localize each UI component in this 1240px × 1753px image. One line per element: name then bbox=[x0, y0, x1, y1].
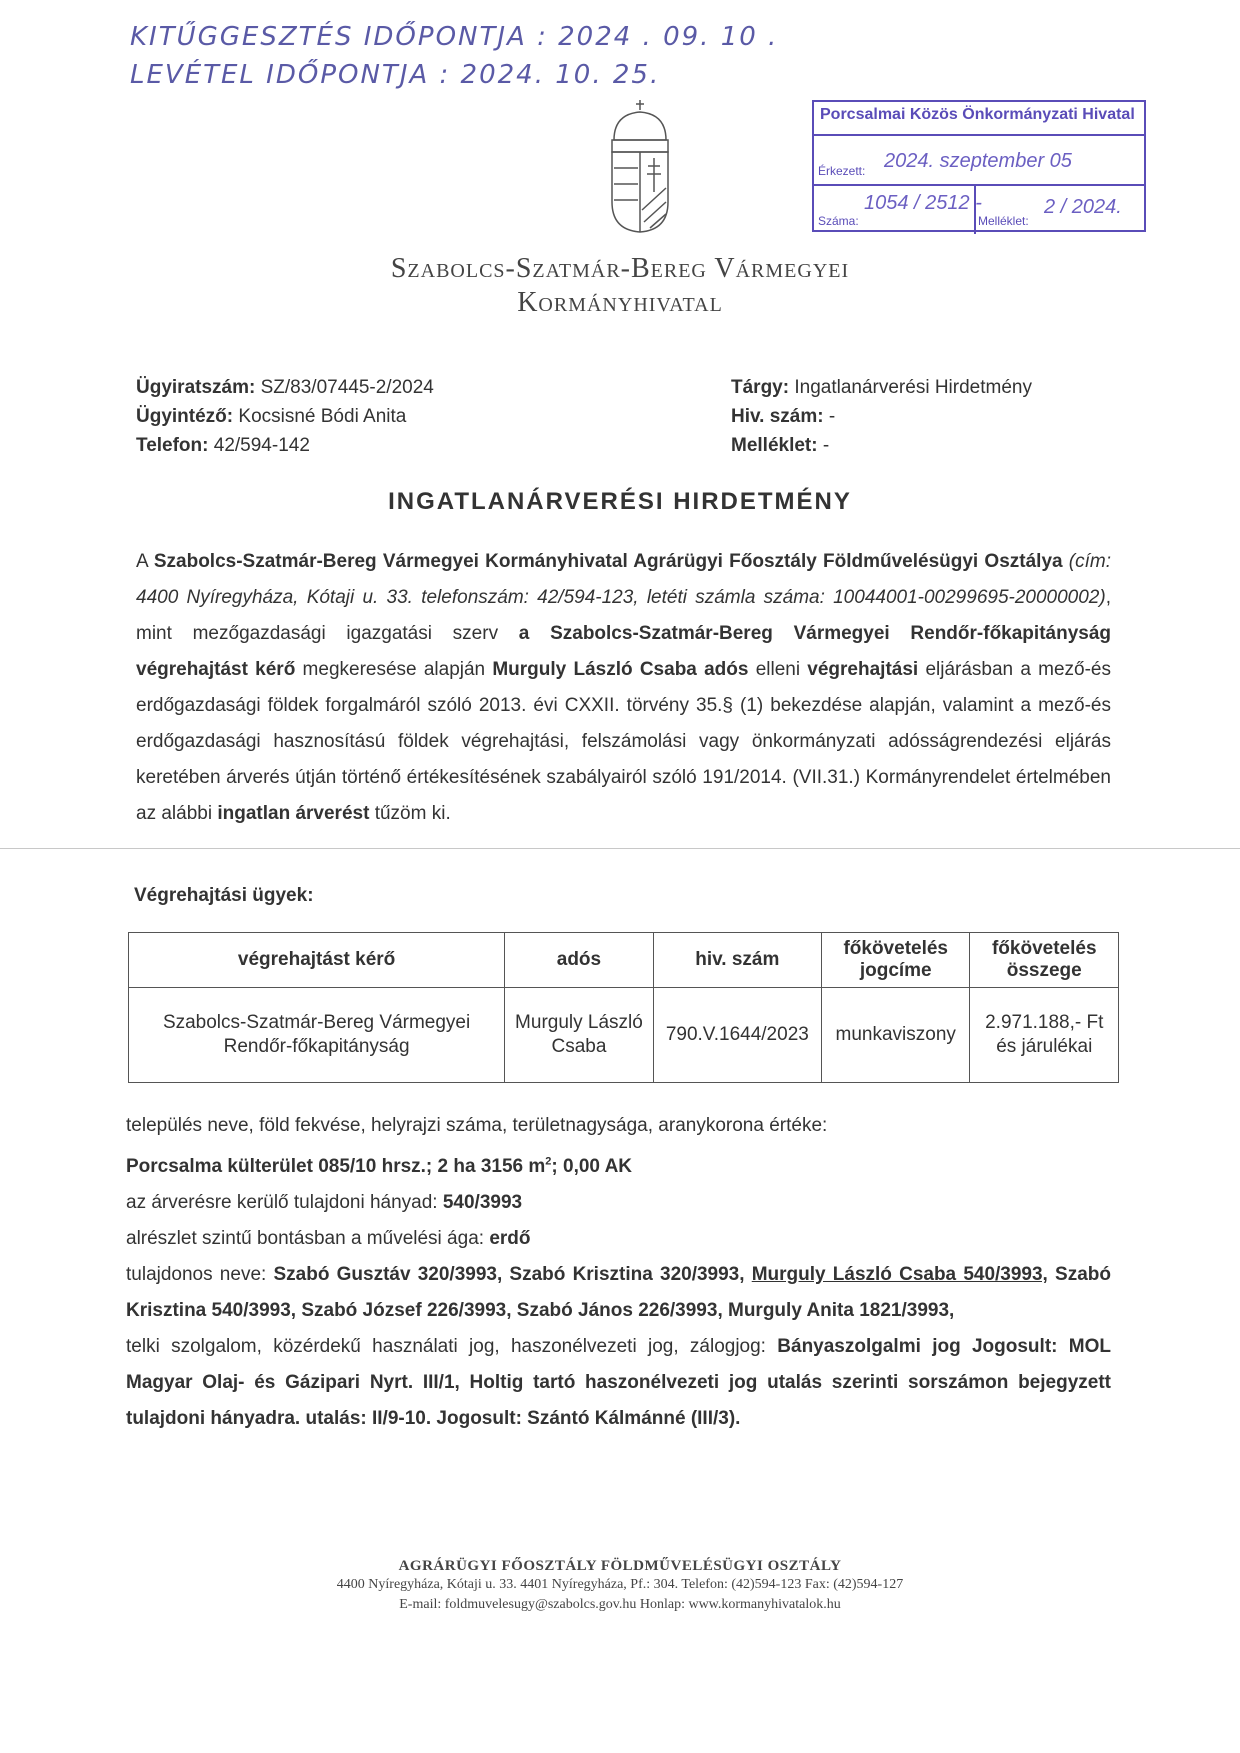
case-number: SZ/83/07445-2/2024 bbox=[261, 377, 434, 398]
case-subject: Ingatlanárverési Hirdetmény bbox=[794, 377, 1032, 398]
notice-body: A Szabolcs-Szatmár-Bereg Vármegyei Kormá… bbox=[136, 544, 1111, 832]
table-cell: Szabolcs-Szatmár-Bereg Vármegyei Rendőr-… bbox=[129, 988, 505, 1083]
table-cell: 790.V.1644/2023 bbox=[653, 988, 821, 1083]
stamp-number-value: 1054 / 2512 - bbox=[864, 192, 982, 215]
footer: AGRÁRÜGYI FŐOSZTÁLY FÖLDMŰVELÉSÜGYI OSZT… bbox=[0, 1558, 1240, 1615]
case-phone: 42/594-142 bbox=[214, 435, 310, 456]
handwritten-posting-date: KITŰGGESZTÉS IDŐPONTJA : 2024 . 09. 10 . bbox=[130, 22, 778, 52]
column-header: főkövetelés összege bbox=[970, 933, 1119, 988]
case-attachment: - bbox=[823, 435, 829, 456]
cases-heading: Végrehajtási ügyek: bbox=[134, 885, 314, 907]
stamp-received-value: 2024. szeptember 05 bbox=[884, 150, 1072, 173]
property-share: az árverésre kerülő tulajdoni hányad: 54… bbox=[126, 1185, 1111, 1221]
case-handler: Kocsisné Bódi Anita bbox=[238, 406, 406, 427]
case-meta-left: Ügyiratszám: SZ/83/07445-2/2024 Ügyintéz… bbox=[136, 373, 434, 460]
property-parcel: Porcsalma külterület 085/10 hrsz.; 2 ha … bbox=[126, 1144, 1111, 1185]
column-header: hiv. szám bbox=[653, 933, 821, 988]
document-title: INGATLANÁRVERÉSI HIRDETMÉNY bbox=[0, 488, 1240, 516]
footer-address: 4400 Nyíregyháza, Kótaji u. 33. 4401 Nyí… bbox=[0, 1575, 1240, 1595]
column-header: végrehajtást kérő bbox=[129, 933, 505, 988]
property-rights: telki szolgalom, közérdekű használati jo… bbox=[126, 1329, 1111, 1437]
column-header: adós bbox=[505, 933, 654, 988]
footer-department: AGRÁRÜGYI FŐOSZTÁLY FÖLDMŰVELÉSÜGYI OSZT… bbox=[0, 1558, 1240, 1575]
case-meta-right: Tárgy: Ingatlanárverési Hirdetmény Hiv. … bbox=[731, 373, 1032, 460]
property-intro: település neve, föld fekvése, helyrajzi … bbox=[126, 1108, 1111, 1144]
agency-line-2: Kormányhivatal bbox=[0, 286, 1240, 320]
registration-stamp: Porcsalmai Közös Önkormányzati Hivatal É… bbox=[812, 100, 1146, 232]
stamp-received-label: Érkezett: bbox=[818, 164, 865, 178]
property-owners: tulajdonos neve: Szabó Gusztáv 320/3993,… bbox=[126, 1257, 1111, 1329]
footer-contact: E-mail: foldmuvelesugy@szabolcs.gov.hu H… bbox=[0, 1595, 1240, 1615]
cases-table: végrehajtást kérőadóshiv. számfőkövetelé… bbox=[128, 932, 1119, 1083]
stamp-office: Porcsalmai Közös Önkormányzati Hivatal bbox=[814, 102, 1144, 136]
scan-artifact-line bbox=[0, 848, 1240, 849]
column-header: főkövetelés jogcíme bbox=[821, 933, 970, 988]
agency-line-1: Szabolcs-Szatmár-Bereg Vármegyei bbox=[0, 252, 1240, 286]
property-details: település neve, föld fekvése, helyrajzi … bbox=[126, 1108, 1111, 1437]
stamp-number-label: Száma: bbox=[818, 214, 859, 228]
coat-of-arms-icon bbox=[600, 100, 680, 235]
agency-name: Szabolcs-Szatmár-Bereg Vármegyei Kormány… bbox=[0, 252, 1240, 320]
property-cultivation: alrészlet szintű bontásban a művelési ág… bbox=[126, 1221, 1111, 1257]
table-row: Szabolcs-Szatmár-Bereg Vármegyei Rendőr-… bbox=[129, 988, 1119, 1083]
table-cell: munkaviszony bbox=[821, 988, 970, 1083]
case-reference: - bbox=[829, 406, 835, 427]
stamp-attachment-value: 2 / 2024. bbox=[1044, 196, 1122, 219]
table-cell: 2.971.188,- Ft és járulékai bbox=[970, 988, 1119, 1083]
stamp-attachment-label: Melléklet: bbox=[978, 214, 1029, 228]
handwritten-removal-date: LEVÉTEL IDŐPONTJA : 2024. 10. 25. bbox=[130, 60, 660, 90]
table-cell: Murguly László Csaba bbox=[505, 988, 654, 1083]
